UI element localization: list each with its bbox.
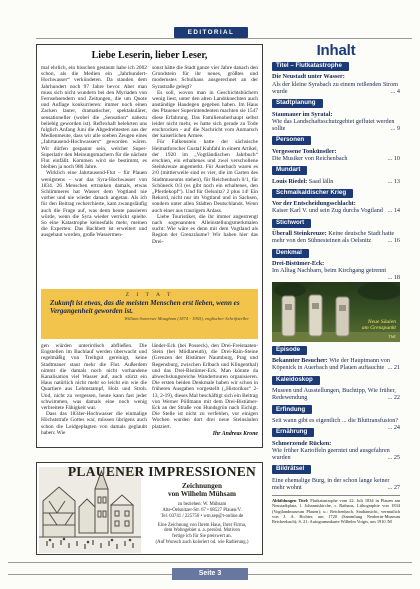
toc-page-ref: ... 16: [385, 237, 400, 244]
toc-entry: Bekannter Besucher: Wie der Hauptmann vo…: [272, 357, 400, 371]
letter-paragraph: Wirklich eine Jahrtausend-Flut – für Pla…: [41, 170, 147, 238]
letter-column-2-lower: länder-Eck (bei Posseck), den Drei-Freis…: [152, 343, 258, 447]
quote-attribution: William Somerset Maugham (1874 - 1965), …: [50, 316, 249, 321]
toc-image-credits: Abbildungen Titel: Flutkatastrophe vom 2…: [272, 495, 400, 524]
toc-section-header: Ernährung: [272, 428, 314, 437]
toc-entry-lead: Die Neustadt unter Wasser:: [272, 73, 400, 80]
letter-column-1-lower: gen würden unterirdisch abfließen. Die E…: [41, 343, 147, 445]
toc-entry: Vergessene Tonkünstler:Die Musiker von R…: [272, 148, 400, 162]
toc-entry: Schmerzende Rücken:Wie früher Kartoffeln…: [272, 440, 400, 462]
ad-subtitle-line: Zeichnungen: [145, 482, 259, 490]
toc-entry-lead: Bekannter Besucher:: [272, 357, 328, 364]
toc-page-ref: ... 4: [388, 88, 400, 95]
quote-label: Z I T A T: [50, 292, 249, 298]
editorial-section-tab: EDITORIAL: [174, 27, 248, 38]
toc-entry: Die Neustadt unter Wasser:Als der kleine…: [272, 73, 400, 95]
letter-paragraph: mal ehrlich, ein bisschen gestaunt habe …: [41, 65, 147, 170]
toc-entry-lead: Schmerzende Rücken:: [272, 440, 400, 447]
letter-paragraph: sonst hätte die Stadt ganze vier Jahre d…: [152, 65, 258, 90]
photo-caption: Neue Säulen am Grenzpunkt: [362, 319, 396, 332]
letter-column-2-upper: sonst hätte die Stadt ganze vier Jahre d…: [152, 65, 258, 287]
toc-section-header: Stadtplanung: [272, 99, 323, 108]
toc-entry: Überall Steinkreuze: Keine deutsche Stad…: [272, 230, 400, 244]
toc-section-header: Denkmal: [272, 249, 309, 258]
toc-entry-lead: Drei-Bistümer-Eck:: [272, 260, 400, 267]
toc-entry: Staumauer im Syratal:Wie das Landschafts…: [272, 111, 400, 133]
ad-subtitle-line: von Wilhelm Mühsam: [145, 490, 259, 498]
toc-section-header: Mundart: [272, 166, 307, 175]
toc-section-header: Kaleidoskop: [272, 376, 320, 385]
page-number-badge: Seite 3: [172, 568, 248, 580]
toc-entry: Eine ehemalige Burg, in der schon lange …: [272, 477, 400, 491]
toc-entry-lead: Vergessene Tonkünstler:: [272, 148, 400, 155]
letter-paragraph: Dass das 1834er-Hochwasser die einmalige…: [41, 411, 147, 436]
toc-page-ref: ... 27: [385, 484, 400, 491]
letter-paragraph: gen würden unterirdisch abfließen. Die E…: [41, 343, 147, 411]
toc-page-ref: ... 13: [385, 178, 400, 185]
toc-entry-text: Die Musiker von Reichenbach: [272, 155, 347, 162]
toc-entry-lead: Staumauer im Syratal:: [272, 111, 400, 118]
letter-paragraph: Für Falkenstein hatte der sächsische Hei…: [152, 139, 258, 213]
toc-entry: Museen und Ausstellungen, Buchtipp, Wie …: [272, 387, 400, 401]
toc-entry-text: Im Alltag Nachbarn, beim Kirchgang getre…: [272, 267, 386, 274]
table-of-contents: Inhalt Titel – Flutkatastrophe Die Neust…: [272, 42, 400, 524]
toc-section-header: Erfindung: [272, 405, 312, 414]
letter-paragraph: Es soll, wovon man in Geschichtsbüchern …: [152, 90, 258, 140]
toc-entry-text: Seit wann gibt es eigentlich ... die Blu…: [272, 417, 398, 424]
letter-signature: Ihr Andreas Krone: [152, 431, 258, 437]
top-rule: [36, 38, 412, 39]
ad-title: PLAUENER IMPRESSIONEN: [63, 464, 261, 480]
toc-section-header: Personen: [272, 136, 311, 145]
toc-page-ref: ... 24: [385, 424, 400, 431]
toc-entry: Louis Riedel: Saad lälln... 13: [272, 178, 400, 185]
toc-entry-text: Wie früher Kartoffeln geerntet und ausge…: [272, 447, 390, 461]
toc-entry-text: Saad lälln: [309, 178, 334, 185]
toc-entry: Vor der Entscheidungsschlacht:Kaiser Kar…: [272, 200, 400, 214]
magazine-editorial-page: EDITORIAL Liebe Leserin, lieber Leser, m…: [0, 0, 420, 589]
toc-entry: Drei-Bistümer-Eck:Im Alltag Nachbarn, be…: [272, 260, 400, 274]
toc-entry-text: Wie das Landschaftsschutzgebiet geflutet…: [272, 118, 394, 132]
toc-section-header: Episode: [272, 346, 307, 355]
toc-photo-stone-pillars: Neue Säulen am Grenzpunkt ThK: [272, 282, 400, 342]
toc-page-ref: ... 21: [385, 364, 400, 371]
toc-section-header: Stichwort: [272, 219, 311, 228]
toc-page-ref: ... 14: [385, 207, 400, 214]
toc-entry-text: Eine ehemalige Burg, in der schon lange …: [272, 477, 389, 491]
footer-rule-upper: [8, 562, 412, 563]
toc-entry-text: Museen und Ausstellungen, Buchtipp, Wie …: [272, 387, 396, 401]
toc-entry-lead: Vor der Entscheidungsschlacht:: [272, 200, 400, 207]
toc-section-header: Schmalkaldischer Krieg: [272, 189, 353, 198]
toc-section-header: Titel – Flutkatastrophe: [272, 62, 349, 71]
toc-entry-lead: Überall Steinkreuze:: [272, 230, 327, 237]
toc-section-header: Bildrätsel: [272, 465, 311, 474]
quote-text: Zukunft ist etwas, das die meisten Mensc…: [50, 299, 249, 315]
toc-page-ref: ... 10: [385, 155, 400, 162]
ad-body-line: (Auf Wunsch auch koloriert od. wie Radie…: [145, 540, 259, 546]
toc-entry-lead: Louis Riedel:: [272, 178, 307, 185]
toc-page-ref: ... 25: [385, 454, 400, 461]
advertisement-box: PLAUENER IMPRESSIONEN Zeichnungen von Wi…: [36, 462, 263, 555]
letter-salutation: Liebe Leserin, lieber Leser,: [37, 50, 262, 61]
toc-entry: Seit wann gibt es eigentlich ... die Blu…: [272, 417, 400, 424]
ad-contact-line: Tel. 03741 / 225756 • wm.sep@t-online.de: [145, 514, 259, 520]
editorial-letter-box: Liebe Leserin, lieber Leser, mal ehrlich…: [36, 44, 263, 448]
letter-paragraph: länder-Eck (bei Posseck), den Drei-Freis…: [152, 343, 258, 430]
quote-box: Z I T A T Zukunft ist etwas, das die mei…: [41, 289, 258, 339]
stone-pillars-graphic: [272, 282, 400, 342]
letter-paragraph: Liebe Touristiker, die ihr immer angestr…: [152, 214, 258, 245]
ad-details: Zeichnungen von Wilhelm Mühsam zu bezieh…: [145, 482, 259, 546]
toc-page-ref: ... 22: [385, 394, 400, 401]
toc-entry-text: Kaiser Karl V. und sein Zug durchs Vogtl…: [272, 207, 383, 214]
toc-page-ref: ... 9: [388, 125, 400, 132]
toc-title: Inhalt: [272, 42, 400, 59]
toc-entry-text: Als der kleine Syrabach zu einem reißend…: [272, 81, 398, 95]
toc-page-ref: ... 18: [385, 274, 400, 281]
letter-column-1-upper: mal ehrlich, ein bisschen gestaunt habe …: [41, 65, 147, 287]
photo-credit: ThK: [388, 334, 396, 339]
